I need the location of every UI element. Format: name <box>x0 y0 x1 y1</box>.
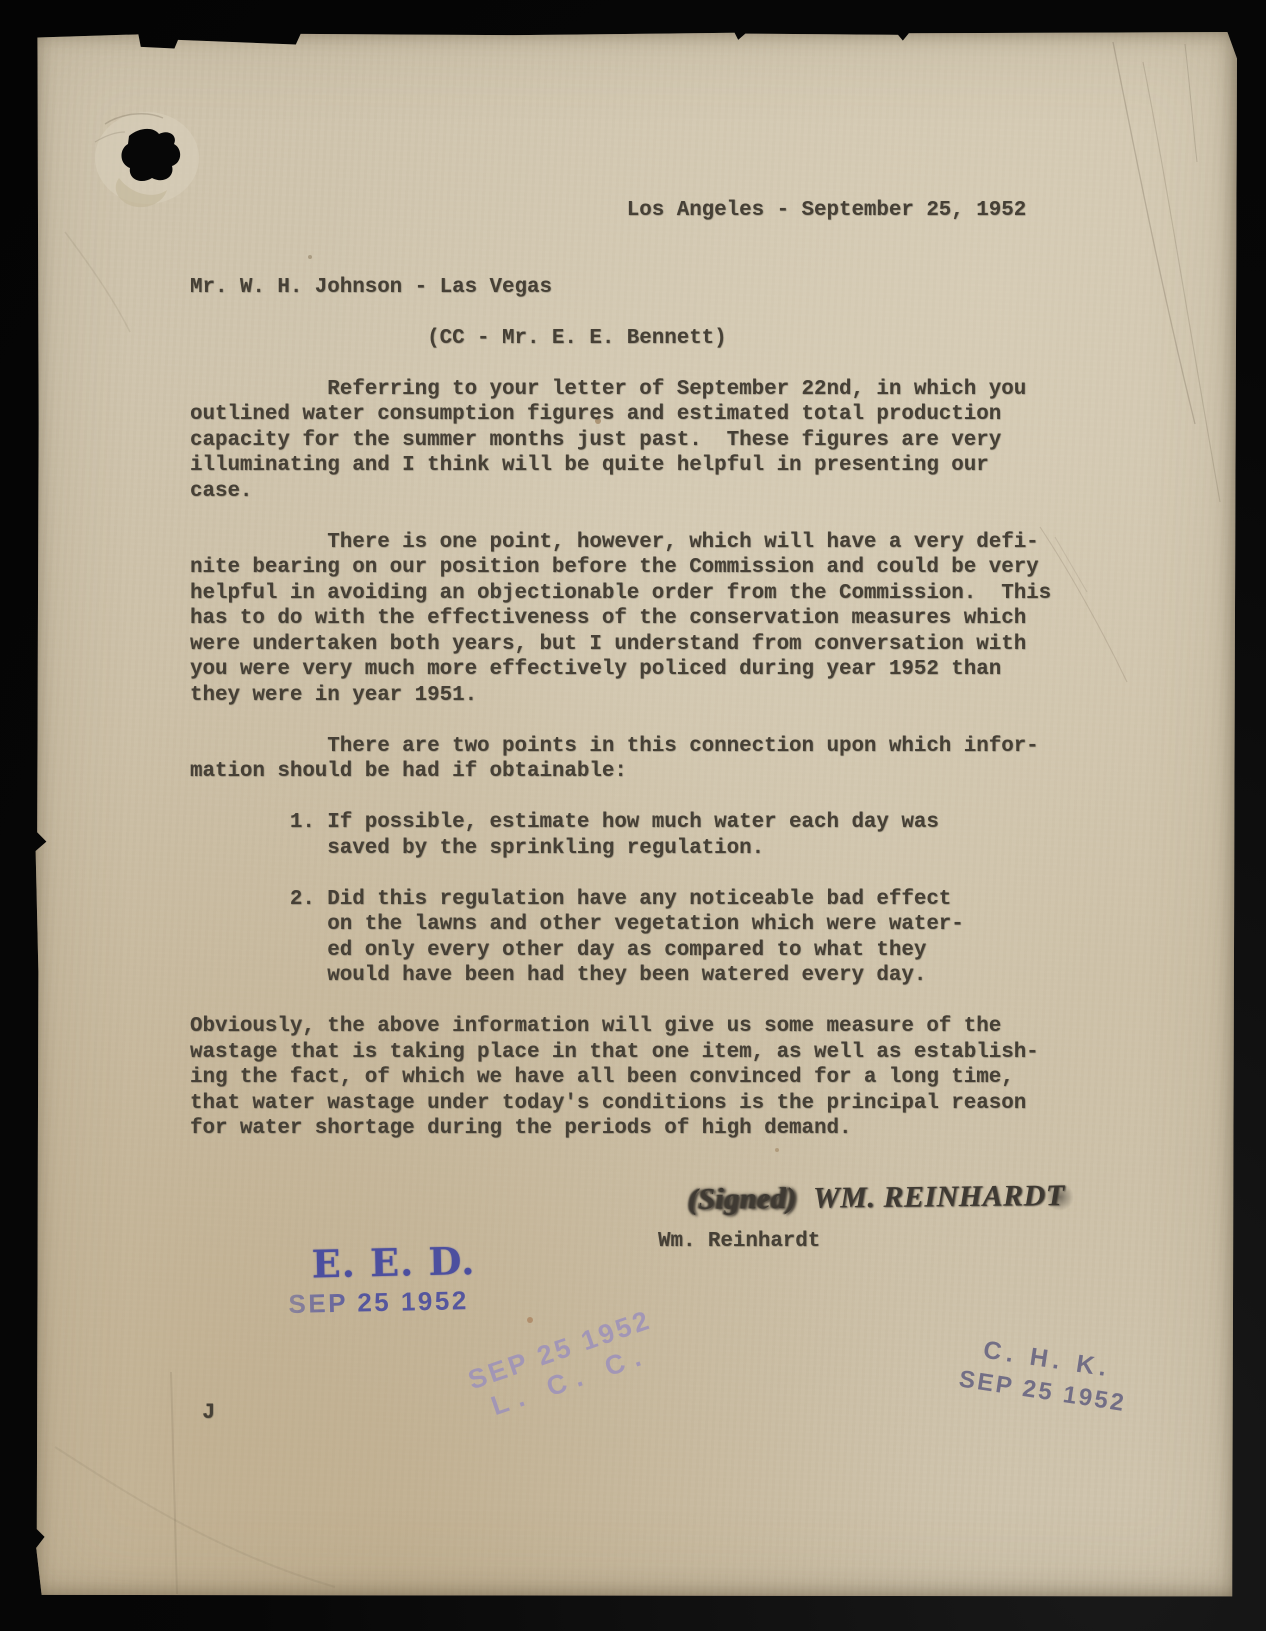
paragraph-4: Obviously, the above information will gi… <box>190 1014 1051 1142</box>
list-item-1: 1. If possible, estimate how much water … <box>190 810 1051 861</box>
text-line: on the lawns and other vegetation which … <box>190 912 1051 938</box>
paragraph-1: Referring to your letter of September 22… <box>190 377 1051 505</box>
dateline: Los Angeles - September 25, 1952 <box>190 198 1051 224</box>
text-line: saved by the sprinkling regulation. <box>190 836 1051 862</box>
chk-date-stamp: C. H. K. SEP 25 1952 <box>937 1331 1153 1419</box>
cc-line: (CC - Mr. E. E. Bennett) <box>190 326 1051 352</box>
paragraph-2: There is one point, however, which will … <box>190 530 1051 709</box>
paper-speck <box>527 1317 533 1323</box>
text-line: Obviously, the above information will gi… <box>190 1014 1051 1040</box>
text-line: helpful in avoiding an objectionable ord… <box>190 581 1051 607</box>
letter-body: Los Angeles - September 25, 1952 Mr. W. … <box>190 198 1051 1142</box>
text-line: ed only every other day as compared to w… <box>190 938 1051 964</box>
signed-rubber-stamp: (Signed) WM. REINHARDT <box>688 1178 1065 1218</box>
text-line: 2. Did this regulation have any noticeab… <box>190 887 1051 913</box>
recipient-line: Mr. W. H. Johnson - Las Vegas <box>190 275 1051 301</box>
text-line: wastage that is taking place in that one… <box>190 1040 1051 1066</box>
torn-flap <box>116 178 167 207</box>
hole-halo <box>95 112 199 204</box>
text-line: for water shortage during the periods of… <box>190 1116 1051 1142</box>
text-line: has to do with the effectiveness of the … <box>190 606 1051 632</box>
typed-signature: Wm. Reinhardt <box>658 1229 820 1255</box>
paragraph-3: There are two points in this connection … <box>190 734 1051 785</box>
text-line: they were in year 1951. <box>190 683 1051 709</box>
eed-stamp-date: SEP 25 1952 <box>288 1287 476 1317</box>
eed-date-stamp: E. E. D. SEP 25 1952 <box>287 1242 476 1317</box>
text-line: Referring to your letter of September 22… <box>190 377 1051 403</box>
list-item-2: 2. Did this regulation have any noticeab… <box>190 887 1051 989</box>
paper-speck <box>775 1148 779 1152</box>
text-line: you were very much more effectively poli… <box>190 657 1051 683</box>
text-line: that water wastage under today's conditi… <box>190 1091 1051 1117</box>
text-line: There is one point, however, which will … <box>190 530 1051 556</box>
torn-hole-icon <box>121 129 180 181</box>
text-line: were undertaken both years, but I unders… <box>190 632 1051 658</box>
text-line: 1. If possible, estimate how much water … <box>190 810 1051 836</box>
text-line: ing the fact, of which we have all been … <box>190 1065 1051 1091</box>
signed-stamp-prefix: (Signed) <box>688 1182 797 1216</box>
text-line: would have been had they been watered ev… <box>190 963 1051 989</box>
text-line: outlined water consumption figures and e… <box>190 402 1051 428</box>
text-line: mation should be had if obtainable: <box>190 759 1051 785</box>
text-line: illuminating and I think will be quite h… <box>190 453 1051 479</box>
text-line: capacity for the summer months just past… <box>190 428 1051 454</box>
text-line: nite bearing on our position before the … <box>190 555 1051 581</box>
typist-mark: J <box>202 1400 215 1426</box>
eed-stamp-initials: E. E. D. <box>311 1242 475 1283</box>
text-line: case. <box>190 479 1051 505</box>
signed-stamp-name: WM. REINHARDT <box>813 1179 1065 1215</box>
lcc-date-stamp: SEP 25 1952 L. C. C. <box>440 1297 690 1433</box>
letter-page: Los Angeles - September 25, 1952 Mr. W. … <box>35 32 1237 1598</box>
text-line: There are two points in this connection … <box>190 734 1051 760</box>
